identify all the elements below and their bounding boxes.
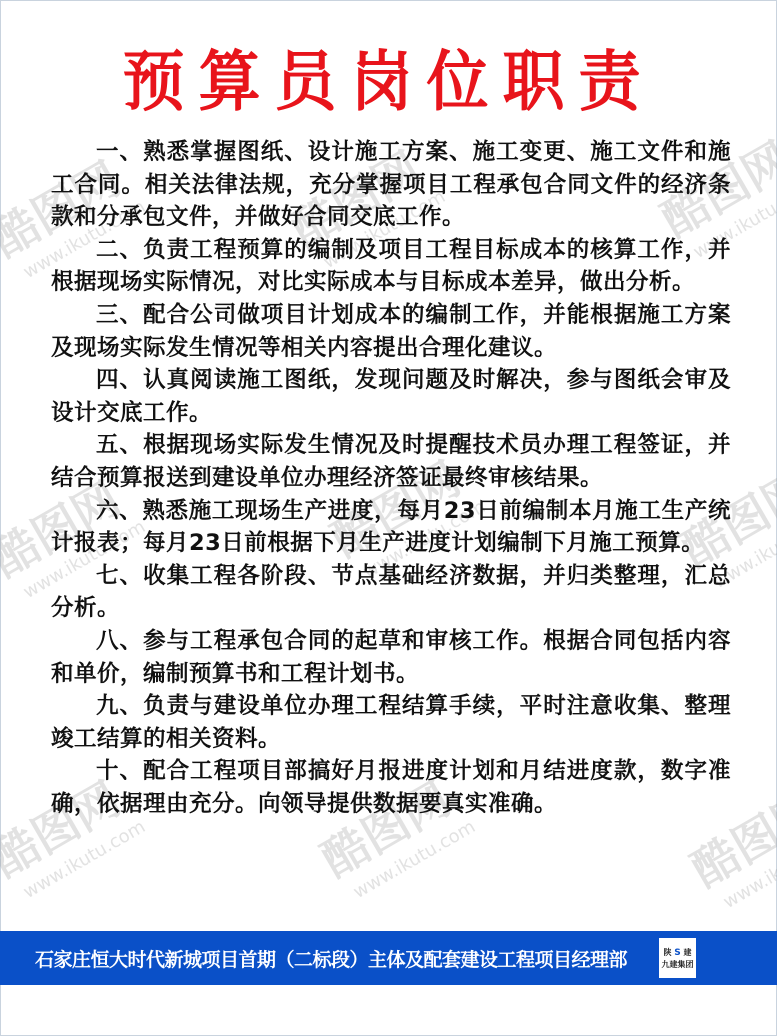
footer-bar: 石家庄恒大时代新城项目首期（二标段）主体及配套建设工程项目经理部 陕 S 建 九… bbox=[0, 931, 777, 985]
logo-bottom-row: 九建集团 bbox=[662, 959, 694, 970]
duty-item: 一、熟悉掌握图纸、设计施工方案、施工变更、施工文件和施工合同。相关法律法规，充分… bbox=[51, 136, 731, 234]
logo-top-row: 陕 S 建 bbox=[663, 947, 691, 959]
company-logo: 陕 S 建 九建集团 bbox=[659, 938, 696, 978]
duty-item: 三、配合公司做项目计划成本的编制工作，并能根据施工方案及现场实际发生情况等相关内… bbox=[51, 299, 731, 364]
duty-item: 八、参与工程承包合同的起草和审核工作。根据合同包括内容和单价，编制预算书和工程计… bbox=[51, 625, 731, 690]
duty-item: 五、根据现场实际发生情况及时提醒技术员办理工程签证，并结合预算报送到建设单位办理… bbox=[51, 429, 731, 494]
duty-item: 四、认真阅读施工图纸，发现问题及时解决，参与图纸会审及设计交底工作。 bbox=[51, 364, 731, 429]
duty-item: 二、负责工程预算的编制及项目工程目标成本的核算工作，并根据现场实际情况，对比实际… bbox=[51, 234, 731, 299]
duty-item: 六、熟悉施工现场生产进度，每月23日前编制本月施工生产统计报表；每月23日前根据… bbox=[51, 495, 731, 560]
duties-list: 一、熟悉掌握图纸、设计施工方案、施工变更、施工文件和施工合同。相关法律法规，充分… bbox=[51, 136, 731, 820]
poster-title: 预算员岗位职责 bbox=[0, 40, 777, 124]
logo-s-icon: S bbox=[674, 948, 680, 958]
footer-organization: 石家庄恒大时代新城项目首期（二标段）主体及配套建设工程项目经理部 bbox=[35, 945, 627, 972]
duty-item: 九、负责与建设单位办理工程结算手续，平时注意收集、整理竣工结算的相关资料。 bbox=[51, 690, 731, 755]
duty-item: 七、收集工程各阶段、节点基础经济数据，并归类整理，汇总分析。 bbox=[51, 560, 731, 625]
duty-item: 十、配合工程项目部搞好月报进度计划和月结进度款，数字准确，依据理由充分。向领导提… bbox=[51, 755, 731, 820]
